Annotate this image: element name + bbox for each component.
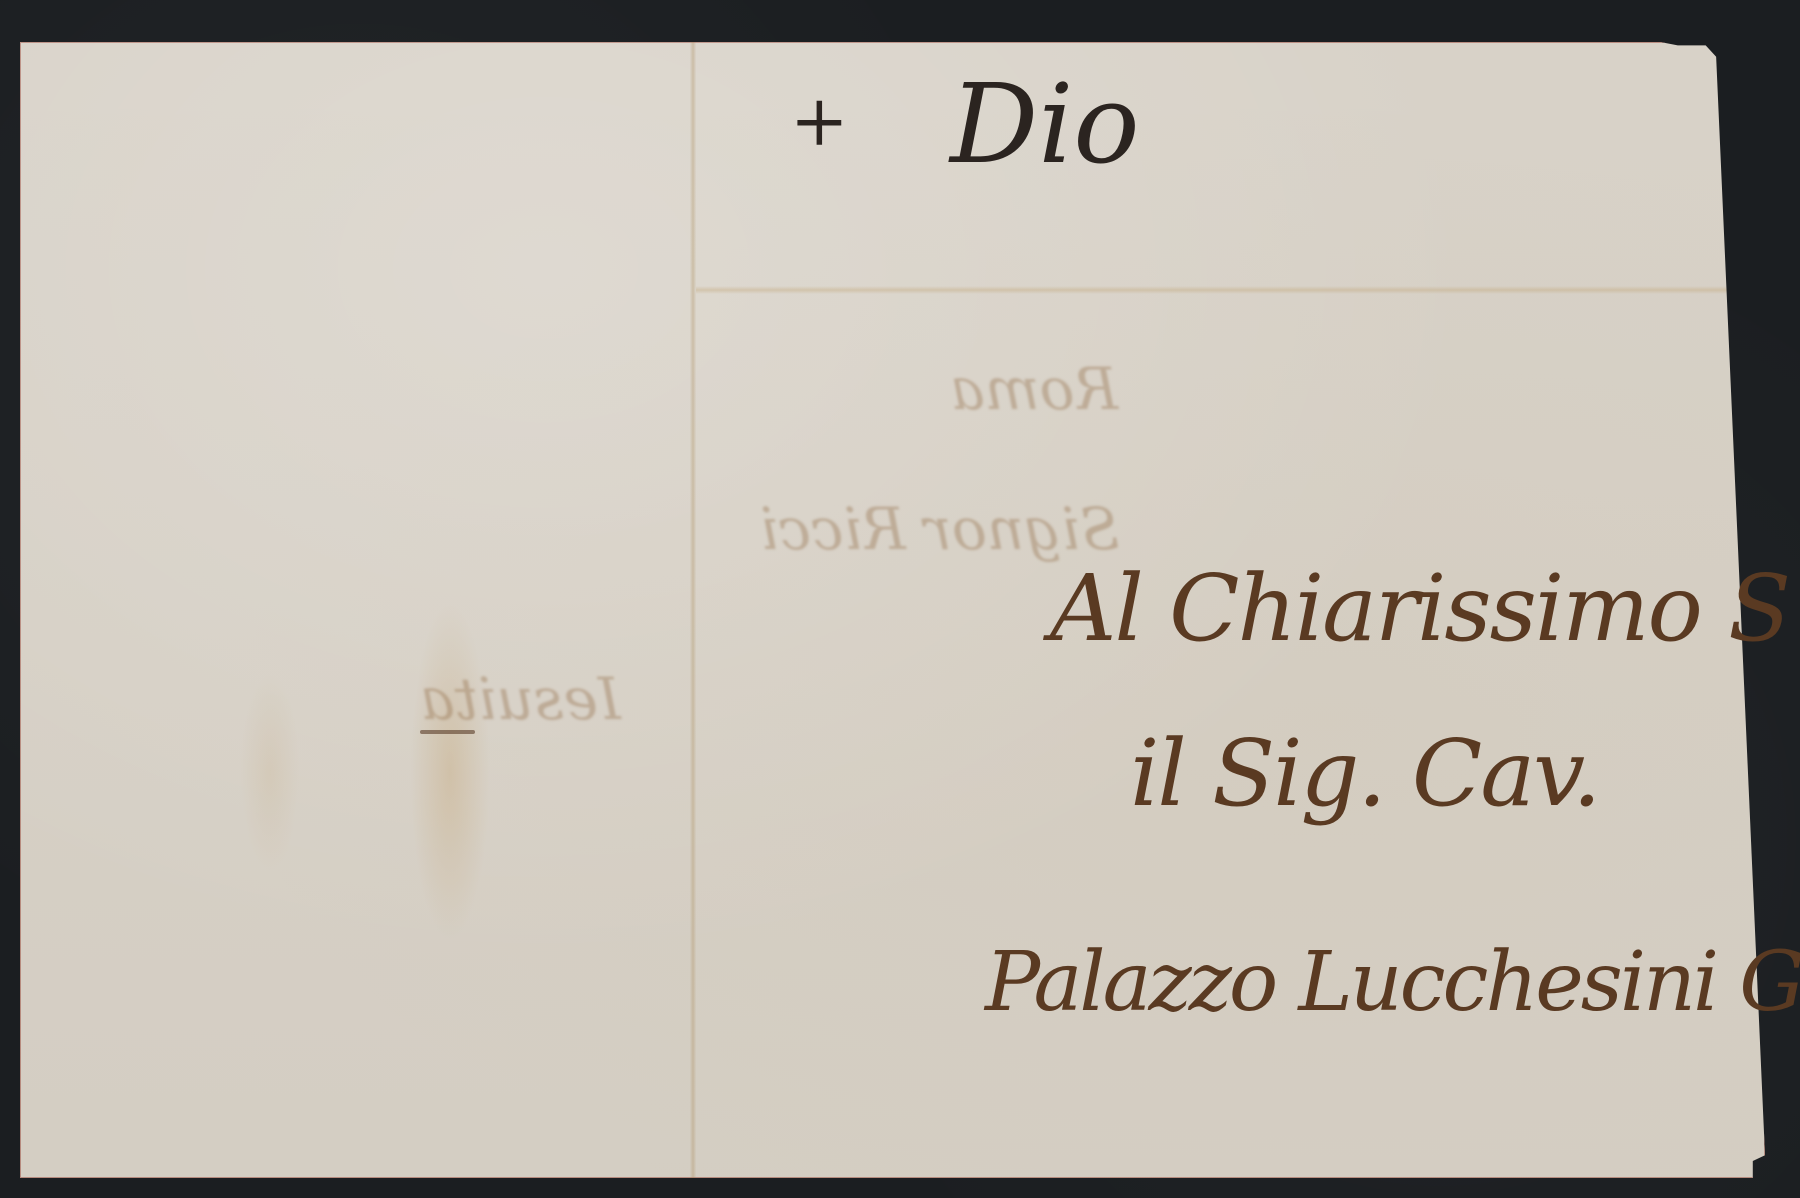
bleed-through-text-3: Iesuita: [420, 665, 621, 733]
foxing-stain-faint: [240, 672, 300, 872]
ink-dash-mark: [420, 730, 475, 734]
address-line-3: Palazzo Lucchesini Gollini: [985, 935, 1800, 1030]
vertical-fold-line: [690, 42, 696, 1178]
bleed-through-text-1: Roma: [950, 355, 1118, 423]
bleed-through-text-2: Signor Ricci: [760, 495, 1120, 563]
foxing-stain: [410, 602, 490, 942]
cross-mark: +: [790, 80, 849, 162]
horizontal-fold-line: [696, 286, 1765, 294]
address-line-1: Al Chiarissimo S: [1050, 555, 1789, 662]
address-line-2: il Sig. Cav.: [1130, 720, 1599, 827]
invocation-dio: Dio: [950, 60, 1140, 188]
